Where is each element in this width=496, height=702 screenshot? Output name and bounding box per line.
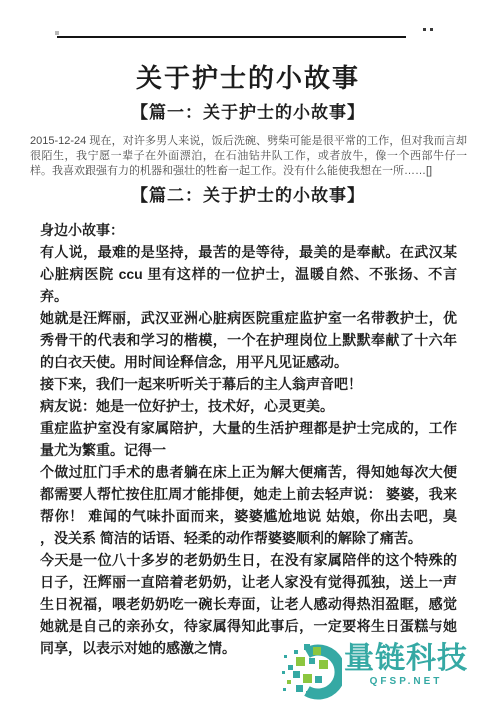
page-title: 关于护士的小故事 <box>0 58 496 95</box>
body-paragraph: 病友说：她是一位好护士，技术好，心灵更美。 <box>40 395 457 417</box>
corner-dots-icon <box>423 28 433 31</box>
body-paragraph: 接下来，我们一起来听听关于幕后的主人翁声音吧！ <box>40 373 457 395</box>
brand-watermark: 量链科技 QFSP.NET <box>282 643 468 701</box>
brand-name: 量链科技 <box>344 643 468 675</box>
intro-paragraph: 2015-12-24 现在，对许多男人来说，饭后洗碗、劈柴可能是很平常的工作，但… <box>30 134 467 179</box>
brand-domain: QFSP.NET <box>344 676 468 687</box>
rule-left-tick <box>55 31 59 35</box>
document-page: 关于护士的小故事 【篇一：关于护士的小故事】 2015-12-24 现在，对许多… <box>0 0 496 702</box>
body-paragraph: 有人说，最难的是坚持，最苦的是等待，最美的是奉献。在武汉某心脏病医院 ccu 里… <box>40 241 457 307</box>
brand-text: 量链科技 QFSP.NET <box>344 643 468 687</box>
dot-icon <box>430 28 433 31</box>
body-paragraph: 个做过肛门手术的患者躺在床上正为解大便痛苦，得知她每次大便都需要人帮忙按住肛周才… <box>40 461 457 549</box>
article-body: 身边小故事： 有人说，最难的是坚持，最苦的是等待，最美的是奉献。在武汉某心脏病医… <box>40 219 457 659</box>
header-divider <box>57 36 406 38</box>
dot-icon <box>423 28 426 31</box>
body-paragraph: 身边小故事： <box>40 219 457 241</box>
section-heading-2: 【篇二：关于护士的小故事】 <box>0 181 496 206</box>
body-paragraph: 她就是汪辉丽，武汉亚洲心脏病医院重症监护室一名带教护士，优秀骨干的代表和学习的楷… <box>40 307 457 373</box>
section-heading-1: 【篇一：关于护士的小故事】 <box>0 98 496 123</box>
brand-logo-icon <box>282 643 342 701</box>
body-paragraph: 重症监护室没有家属陪护，大量的生活护理都是护士完成的，工作量尤为繁重。记得一 <box>40 417 457 461</box>
